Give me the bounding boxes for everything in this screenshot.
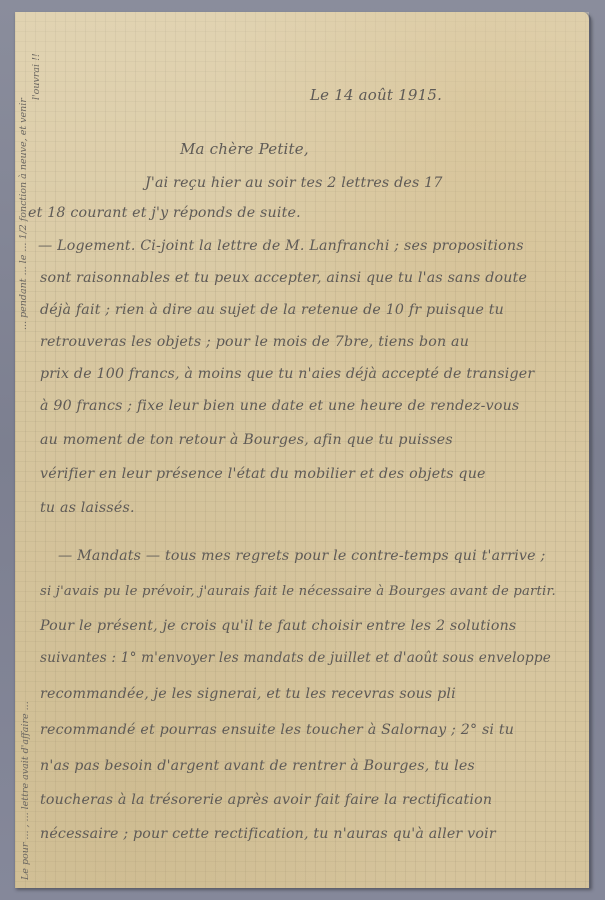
body-line: toucheras à la trésorerie après avoir fa… bbox=[40, 792, 492, 808]
body-line: déjà fait ; rien à dire au sujet de la r… bbox=[40, 302, 504, 318]
body-line: tu as laissés. bbox=[40, 500, 135, 516]
body-line: vérifier en leur présence l'état du mobi… bbox=[40, 466, 486, 482]
body-line: si j'avais pu le prévoir, j'aurais fait … bbox=[40, 584, 556, 599]
body-line: sont raisonnables et tu peux accepter, a… bbox=[40, 270, 527, 286]
body-line: — Logement. Ci-joint la lettre de M. Lan… bbox=[38, 238, 524, 254]
body-line: suivantes : 1° m'envoyer les mandats de … bbox=[40, 650, 551, 666]
body-line: Pour le présent, je crois qu'il te faut … bbox=[40, 618, 516, 634]
body-line: retrouveras les objets ; pour le mois de… bbox=[40, 334, 469, 350]
body-line: — Mandats — tous mes regrets pour le con… bbox=[58, 548, 545, 564]
scan-background: Le 14 août 1915. Ma chère Petite, J'ai r… bbox=[0, 0, 605, 900]
letter-salutation: Ma chère Petite, bbox=[180, 140, 309, 158]
margin-note-upper-second: l'ouvrai !! bbox=[31, 53, 42, 100]
body-line: recommandé et pourras ensuite les touche… bbox=[40, 722, 514, 738]
body-line: J'ai reçu hier au soir tes 2 lettres des… bbox=[145, 175, 443, 191]
margin-note-upper: ... pendant ... le ... 1/2 fonction à ne… bbox=[18, 98, 29, 330]
body-line: prix de 100 francs, à moins que tu n'aie… bbox=[40, 366, 534, 382]
body-line: recommandée, je les signerai, et tu les … bbox=[40, 686, 456, 702]
margin-note-lower: Le pour ... , ... lettre avait d'affaire… bbox=[20, 701, 31, 880]
body-line: à 90 francs ; fixe leur bien une date et… bbox=[40, 398, 519, 414]
body-line: nécessaire ; pour cette rectification, t… bbox=[40, 826, 496, 842]
letter-date: Le 14 août 1915. bbox=[310, 86, 442, 104]
body-line: et 18 courant et j'y réponds de suite. bbox=[28, 205, 301, 221]
body-line: au moment de ton retour à Bourges, afin … bbox=[40, 432, 453, 448]
body-line: n'as pas besoin d'argent avant de rentre… bbox=[40, 758, 475, 774]
